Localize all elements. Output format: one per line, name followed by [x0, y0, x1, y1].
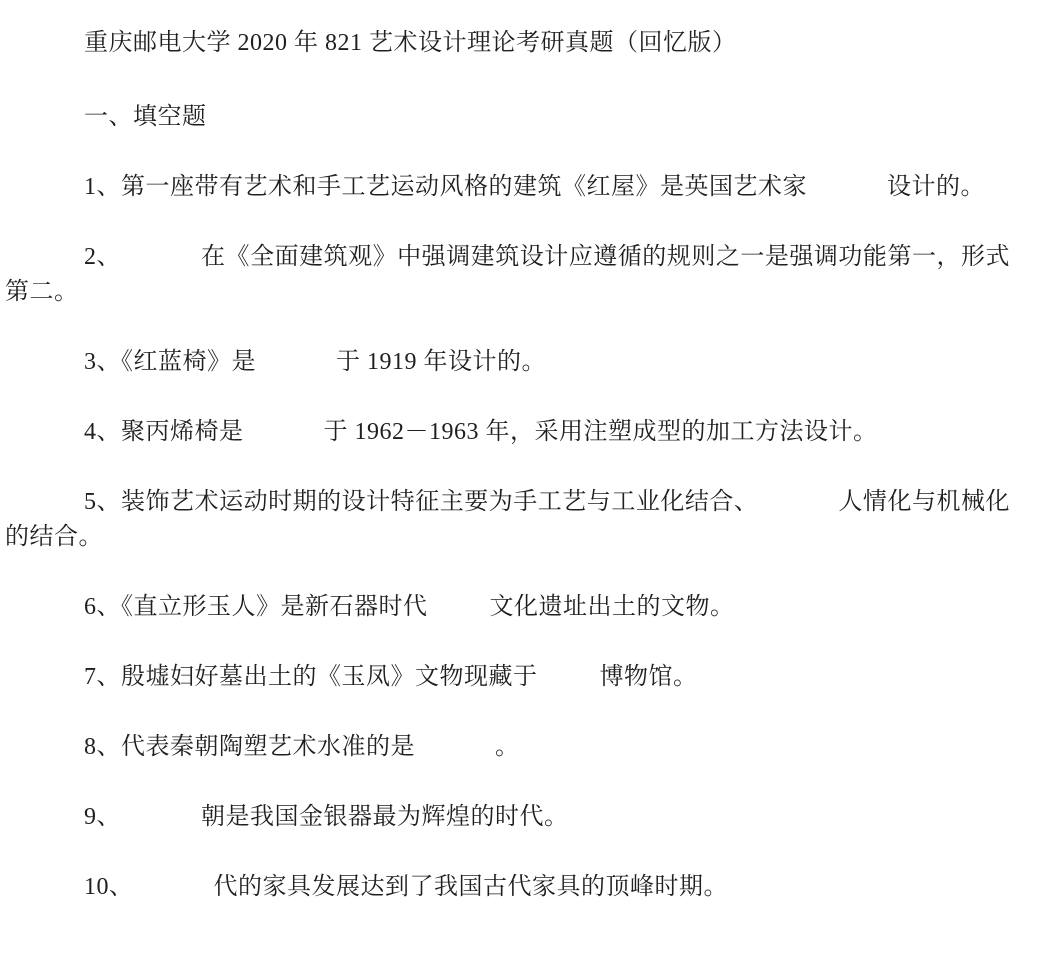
question-text-post: 博物馆。	[600, 664, 698, 690]
question-text-pre: 6、《直立形玉人》是新石器时代	[84, 594, 428, 620]
fill-in-blank	[428, 613, 490, 614]
question-text-pre: 3、《红蓝椅》是	[84, 349, 256, 375]
fill-in-blank	[244, 438, 324, 439]
question-item-7: 7、殷墟妇好墓出土的《玉凤》文物现藏于博物馆。	[5, 660, 1010, 695]
document-page: 重庆邮电大学 2020 年 821 艺术设计理论考研真题（回忆版） 一、填空题 …	[0, 0, 1040, 954]
question-text-pre: 5、装饰艺术运动时期的设计特征主要为手工艺与工业化结合、	[84, 489, 758, 515]
question-item-10: 10、代的家具发展达到了我国古代家具的顶峰时期。	[5, 870, 1010, 905]
question-text-post: 文化遗址出土的文物。	[490, 594, 735, 620]
question-item-1: 1、第一座带有艺术和手工艺运动风格的建筑《红屋》是英国艺术家设计的。	[5, 170, 1010, 205]
question-item-3: 3、《红蓝椅》是于 1919 年设计的。	[5, 345, 1010, 380]
question-text-post: 在《全面建筑观》中强调建筑设计应遵循的规则之一是强调功能第一，形式第二。	[5, 244, 1010, 305]
question-text-post: 设计的。	[887, 174, 985, 200]
document-title-text: 重庆邮电大学 2020 年 821 艺术设计理论考研真题（回忆版）	[84, 30, 737, 56]
question-text-pre: 4、聚丙烯椅是	[84, 419, 244, 445]
question-text-post: 。	[495, 734, 520, 760]
question-text-pre: 1、第一座带有艺术和手工艺运动风格的建筑《红屋》是英国艺术家	[84, 174, 807, 200]
section-heading-text: 一、填空题	[84, 104, 207, 130]
fill-in-blank	[538, 683, 600, 684]
question-text-pre: 7、殷墟妇好墓出土的《玉凤》文物现藏于	[84, 664, 538, 690]
question-text-pre: 8、代表秦朝陶塑艺术水准的是	[84, 734, 415, 760]
question-item-2: 2、在《全面建筑观》中强调建筑设计应遵循的规则之一是强调功能第一，形式第二。	[5, 240, 1010, 310]
question-text-post: 朝是我国金银器最为辉煌的时代。	[201, 804, 569, 830]
question-item-6: 6、《直立形玉人》是新石器时代文化遗址出土的文物。	[5, 590, 1010, 625]
fill-in-blank	[758, 508, 838, 509]
fill-in-blank	[134, 893, 214, 894]
question-item-5: 5、装饰艺术运动时期的设计特征主要为手工艺与工业化结合、人情化与机械化的结合。	[5, 485, 1010, 555]
question-text-post: 于 1962－1963 年，采用注塑成型的加工方法设计。	[324, 419, 878, 445]
fill-in-blank	[807, 193, 887, 194]
question-item-9: 9、朝是我国金银器最为辉煌的时代。	[5, 800, 1010, 835]
section-heading: 一、填空题	[5, 100, 1010, 135]
fill-in-blank	[121, 263, 201, 264]
document-title: 重庆邮电大学 2020 年 821 艺术设计理论考研真题（回忆版）	[5, 26, 1010, 61]
question-text-post: 代的家具发展达到了我国古代家具的顶峰时期。	[214, 874, 729, 900]
fill-in-blank	[256, 368, 336, 369]
question-text-pre: 2、	[84, 244, 121, 270]
fill-in-blank	[415, 753, 495, 754]
question-text-post: 于 1919 年设计的。	[336, 349, 546, 375]
question-text-pre: 10、	[84, 874, 134, 900]
fill-in-blank	[121, 823, 201, 824]
question-text-pre: 9、	[84, 804, 121, 830]
question-item-4: 4、聚丙烯椅是于 1962－1963 年，采用注塑成型的加工方法设计。	[5, 415, 1010, 450]
question-item-8: 8、代表秦朝陶塑艺术水准的是。	[5, 730, 1010, 765]
